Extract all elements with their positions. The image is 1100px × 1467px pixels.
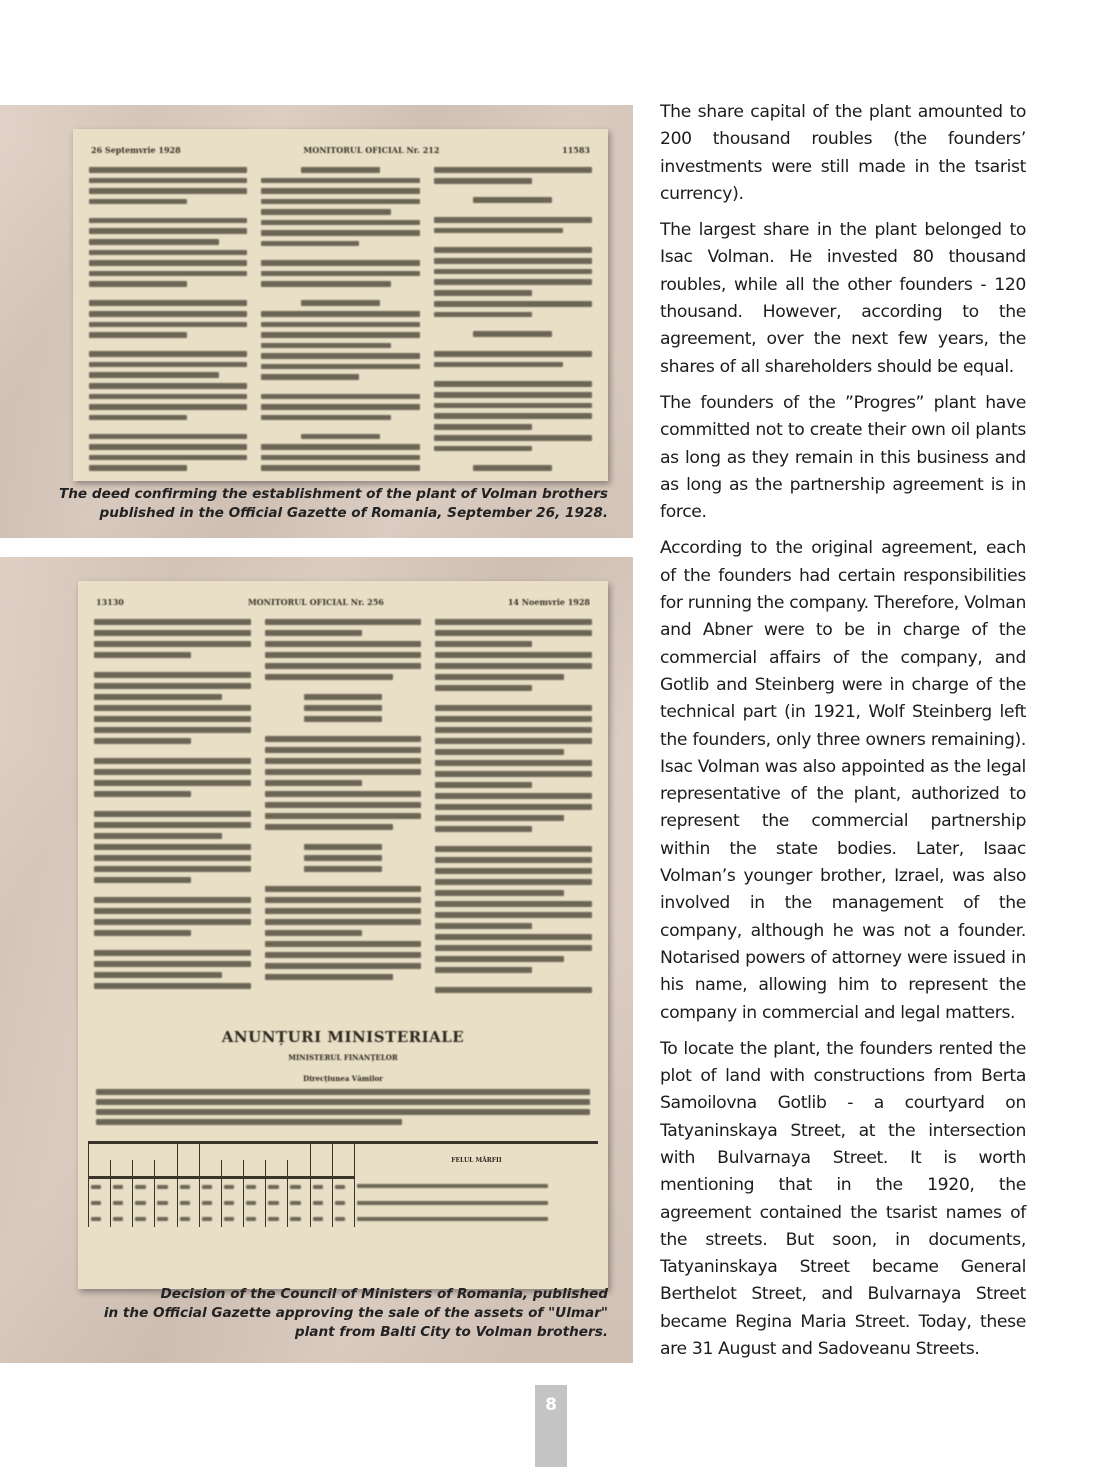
scan-text-line [434, 279, 592, 285]
scan-text-line [261, 220, 419, 226]
scan-text-line [94, 811, 251, 817]
scan-text-line [435, 868, 592, 874]
scan-text-line [265, 663, 422, 669]
scan-text-line [89, 218, 247, 224]
scan-text-line [434, 446, 532, 452]
scan-text-line [265, 802, 422, 808]
scan-text-line [435, 716, 592, 722]
scan-text-line [96, 1099, 590, 1105]
scan-text-line [434, 208, 592, 212]
scan-text-line [435, 674, 563, 680]
scan-text-line [265, 941, 422, 947]
scan-text-line [304, 716, 382, 722]
scan-text-line [89, 271, 247, 277]
scan-text-line [434, 351, 592, 357]
scan-text-line [435, 967, 532, 973]
scan-text-line [435, 760, 592, 766]
scan-text-line [261, 415, 391, 421]
scan-text-line [94, 672, 251, 678]
scan-text-line [89, 383, 247, 389]
gazette-scan-1928-09-26: 26 Septemvrie 1928 MONITORUL OFICIAL Nr.… [73, 129, 608, 481]
scan-text-line [89, 178, 247, 184]
scan-text-line [89, 394, 247, 400]
scan-text-line [435, 945, 592, 951]
scan-text-line [89, 425, 247, 429]
scan-text-line [94, 802, 251, 806]
scan-header: 13130 MONITORUL OFICIAL Nr. 256 14 Noemv… [96, 597, 590, 609]
scan-text-line [434, 301, 592, 307]
scan-text-line [434, 456, 592, 460]
scan-text-line [304, 705, 382, 711]
scan-text-line [89, 322, 247, 328]
scan-text-line [265, 780, 362, 786]
scan-text-line [89, 343, 247, 347]
scan-text-line [94, 791, 191, 797]
scan-text-line [473, 197, 552, 203]
scan-text-line [89, 228, 247, 234]
scan-text-line [265, 674, 393, 680]
scan-text-line [435, 978, 592, 982]
scan-text-line [435, 923, 532, 929]
scan-text-line [89, 332, 187, 338]
scan-text-line [94, 780, 251, 786]
scan-text-line [261, 455, 419, 461]
scan-text-line [265, 963, 422, 969]
scan-text-line [435, 630, 592, 636]
scan-text-line [94, 630, 251, 636]
scan-text-line [261, 241, 359, 247]
scan-text-line [96, 1119, 402, 1125]
scan-text-line [435, 705, 592, 711]
scan-text-line [261, 251, 419, 255]
scan-text-line [435, 771, 592, 777]
scan-text-line [435, 826, 532, 832]
scan-text-line [434, 435, 592, 441]
scan-text-line [261, 364, 419, 370]
scan-text-line [261, 425, 419, 429]
scan-text-line [261, 404, 419, 410]
scan-text-line [261, 311, 419, 317]
scan-table-row [89, 1211, 599, 1227]
scan-text-line [94, 950, 251, 956]
figure-caption: Decision of the Council of Ministers of … [104, 1285, 608, 1342]
scan-text-line [94, 961, 251, 967]
scan-text-line [435, 956, 563, 962]
scan-text-line [94, 769, 251, 775]
scan-text-line [435, 987, 592, 993]
scan-text-line [265, 641, 422, 647]
scan-text-line [89, 415, 187, 421]
scan-header: 26 Septemvrie 1928 MONITORUL OFICIAL Nr.… [91, 145, 590, 157]
scan-text-line [261, 385, 419, 389]
scan-text-line [94, 877, 191, 883]
scan-text-line [94, 866, 251, 872]
scan-text-line [301, 167, 380, 173]
scan-text-line [434, 312, 532, 318]
scan-text-line [89, 465, 187, 471]
scan-text-line [261, 322, 419, 328]
scan-text-line [261, 353, 419, 359]
scan-text-line [265, 835, 422, 839]
scan-text-line [265, 813, 422, 819]
scan-text-line [434, 269, 592, 275]
scan-text-line [261, 178, 419, 184]
scan-text-line [94, 727, 251, 733]
paragraph: The founders of the ”Progres” plant have… [660, 390, 1026, 526]
scan-text-line [261, 209, 391, 215]
scan-text-line [435, 663, 592, 669]
scan-text-line [89, 372, 219, 378]
scan-text-line [89, 404, 247, 410]
scan-text-line [435, 738, 592, 744]
scan-text-line [89, 292, 247, 296]
figure-1-panel: 26 Septemvrie 1928 MONITORUL OFICIAL Nr.… [0, 105, 633, 538]
scan-text-line [94, 844, 251, 850]
scan-text-line [261, 343, 391, 349]
scan-text-line [265, 985, 422, 989]
scan-text-line [265, 769, 422, 775]
scan-text-line [435, 837, 592, 841]
scan-text-columns [94, 619, 592, 1009]
scan-text-line [435, 696, 592, 700]
scan-text-line [261, 374, 359, 380]
scan-text-line [434, 290, 532, 296]
scan-text-line [94, 833, 222, 839]
scan-text-line [89, 311, 247, 317]
scan-text-line [265, 736, 422, 742]
scan-text-line [94, 641, 251, 647]
scan-text-line [96, 1109, 590, 1115]
scan-text-line [265, 758, 422, 764]
scan-text-line [94, 972, 222, 978]
scan-text-line [94, 683, 251, 689]
scan-text-line [434, 247, 592, 253]
scan-text-line [434, 322, 592, 326]
scan-text-line [265, 897, 422, 903]
scan-text-line [94, 619, 251, 625]
scan-text-line [434, 381, 592, 387]
scan-text-line [94, 919, 251, 925]
scan-section-title: ANUNȚURI MINISTERIALE [78, 1028, 608, 1046]
article-body: The share capital of the plant amounted … [660, 99, 1026, 1372]
scan-text-line [94, 897, 251, 903]
scan-text-line [265, 652, 422, 658]
scan-text-line [435, 815, 563, 821]
scan-text-line [261, 332, 419, 338]
scan-text-line [265, 908, 422, 914]
scan-text-line [434, 228, 564, 234]
scan-text-line [94, 705, 251, 711]
page-number: 8 [535, 1385, 567, 1467]
scan-text-line [265, 619, 422, 625]
scan-text-line [261, 465, 419, 471]
scan-text-line [265, 952, 422, 958]
scan-table-row [89, 1195, 599, 1211]
scan-text-line [261, 444, 419, 450]
scan-text-line [434, 258, 592, 264]
scan-text-line [304, 855, 382, 861]
paragraph: The share capital of the plant amounted … [660, 99, 1026, 208]
scan-paragraph [96, 1089, 590, 1125]
scan-text-line [94, 716, 251, 722]
scan-text-line [434, 342, 592, 346]
scan-text-line [94, 822, 251, 828]
scan-text-line [89, 351, 247, 357]
scan-text-columns [89, 167, 592, 471]
scan-text-line [265, 974, 393, 980]
scan-text-line [94, 663, 251, 667]
scan-text-line [435, 846, 592, 852]
scan-text-line [89, 281, 187, 287]
scan-text-line [304, 694, 382, 700]
scan-text-line [89, 362, 247, 368]
scan-table-row [89, 1178, 599, 1196]
scan-text-line [89, 260, 247, 266]
scan-text-line [94, 908, 251, 914]
scan-text-line [435, 879, 592, 885]
scan-text-line [434, 392, 592, 398]
scan-text-line [435, 804, 592, 810]
scan-text-line [94, 941, 251, 945]
scan-text-line [434, 167, 592, 173]
scan-text-line [434, 217, 592, 223]
scan-text-line [94, 738, 191, 744]
scan-text-line [434, 403, 592, 409]
scan-text-line [89, 444, 247, 450]
scan-text-line [94, 888, 251, 892]
scan-section-subtitle: MINISTERUL FINANȚELOR [78, 1053, 608, 1062]
scan-text-line [435, 685, 532, 691]
scan-text-line [265, 886, 422, 892]
scan-text-line [94, 930, 191, 936]
paragraph: According to the original agreement, eac… [660, 535, 1026, 1026]
scan-text-line [434, 372, 592, 376]
scan-text-line [435, 890, 563, 896]
scan-text-line [301, 300, 380, 306]
scan-text-line [435, 619, 592, 625]
scan-text-line [94, 694, 222, 700]
gazette-scan-1928-11-14: 13130 MONITORUL OFICIAL Nr. 256 14 Noemv… [78, 581, 608, 1289]
scan-text-line [89, 239, 219, 245]
scan-text-line [89, 434, 247, 440]
figure-caption: The deed confirming the establishment of… [59, 485, 608, 523]
scan-text-line [304, 866, 382, 872]
scan-text-line [434, 189, 592, 193]
scan-text-line [89, 188, 247, 194]
scan-text-line [265, 727, 422, 731]
figure-2-panel: 13130 MONITORUL OFICIAL Nr. 256 14 Noemv… [0, 557, 633, 1363]
scan-text-line [89, 300, 247, 306]
scan-text-line [265, 747, 422, 753]
scan-text-line [89, 250, 247, 256]
scan-text-line [94, 855, 251, 861]
scan-text-line [435, 934, 592, 940]
scan-text-line [434, 362, 564, 368]
scan-goods-table: FELUL MĂRFII [88, 1141, 598, 1227]
scan-text-line [261, 292, 419, 296]
scan-text-line [96, 1089, 590, 1095]
scan-text-line [265, 685, 422, 689]
scan-section-subtitle-2: Direcțiunea Vămilor [78, 1074, 608, 1083]
scan-text-line [261, 188, 419, 194]
scan-text-line [434, 238, 592, 242]
scan-text-line [435, 641, 532, 647]
scan-text-line [261, 230, 419, 236]
scan-text-line [435, 912, 592, 918]
scan-text-line [89, 167, 247, 173]
scan-text-line [473, 331, 552, 337]
scan-text-line [434, 413, 592, 419]
scan-text-line [473, 465, 552, 471]
scan-text-line [261, 394, 419, 400]
scan-text-line [89, 199, 187, 205]
scan-text-line [261, 281, 391, 287]
scan-text-line [435, 749, 563, 755]
scan-text-line [261, 199, 419, 205]
scan-text-line [261, 271, 419, 277]
scan-text-line [434, 178, 532, 184]
scan-text-line [94, 758, 251, 764]
scan-text-line [89, 455, 247, 461]
scan-text-line [94, 652, 191, 658]
scan-text-line [434, 424, 532, 430]
scan-text-line [265, 791, 422, 797]
scan-text-line [435, 901, 592, 907]
scan-text-line [261, 260, 419, 266]
scan-text-line [89, 209, 247, 213]
scan-text-line [94, 749, 251, 753]
scan-text-line [265, 824, 393, 830]
scan-text-line [265, 630, 362, 636]
paragraph: To locate the plant, the founders rented… [660, 1036, 1026, 1364]
scan-text-line [304, 844, 382, 850]
scan-text-line [301, 434, 380, 440]
paragraph: The largest share in the plant belonged … [660, 217, 1026, 381]
scan-text-line [265, 919, 422, 925]
scan-text-line [435, 782, 532, 788]
scan-text-line [265, 930, 362, 936]
scan-text-line [94, 983, 251, 989]
scan-text-line [435, 652, 592, 658]
scan-text-line [435, 727, 592, 733]
scan-text-line [435, 857, 592, 863]
scan-text-line [265, 877, 422, 881]
scan-text-line [435, 793, 592, 799]
